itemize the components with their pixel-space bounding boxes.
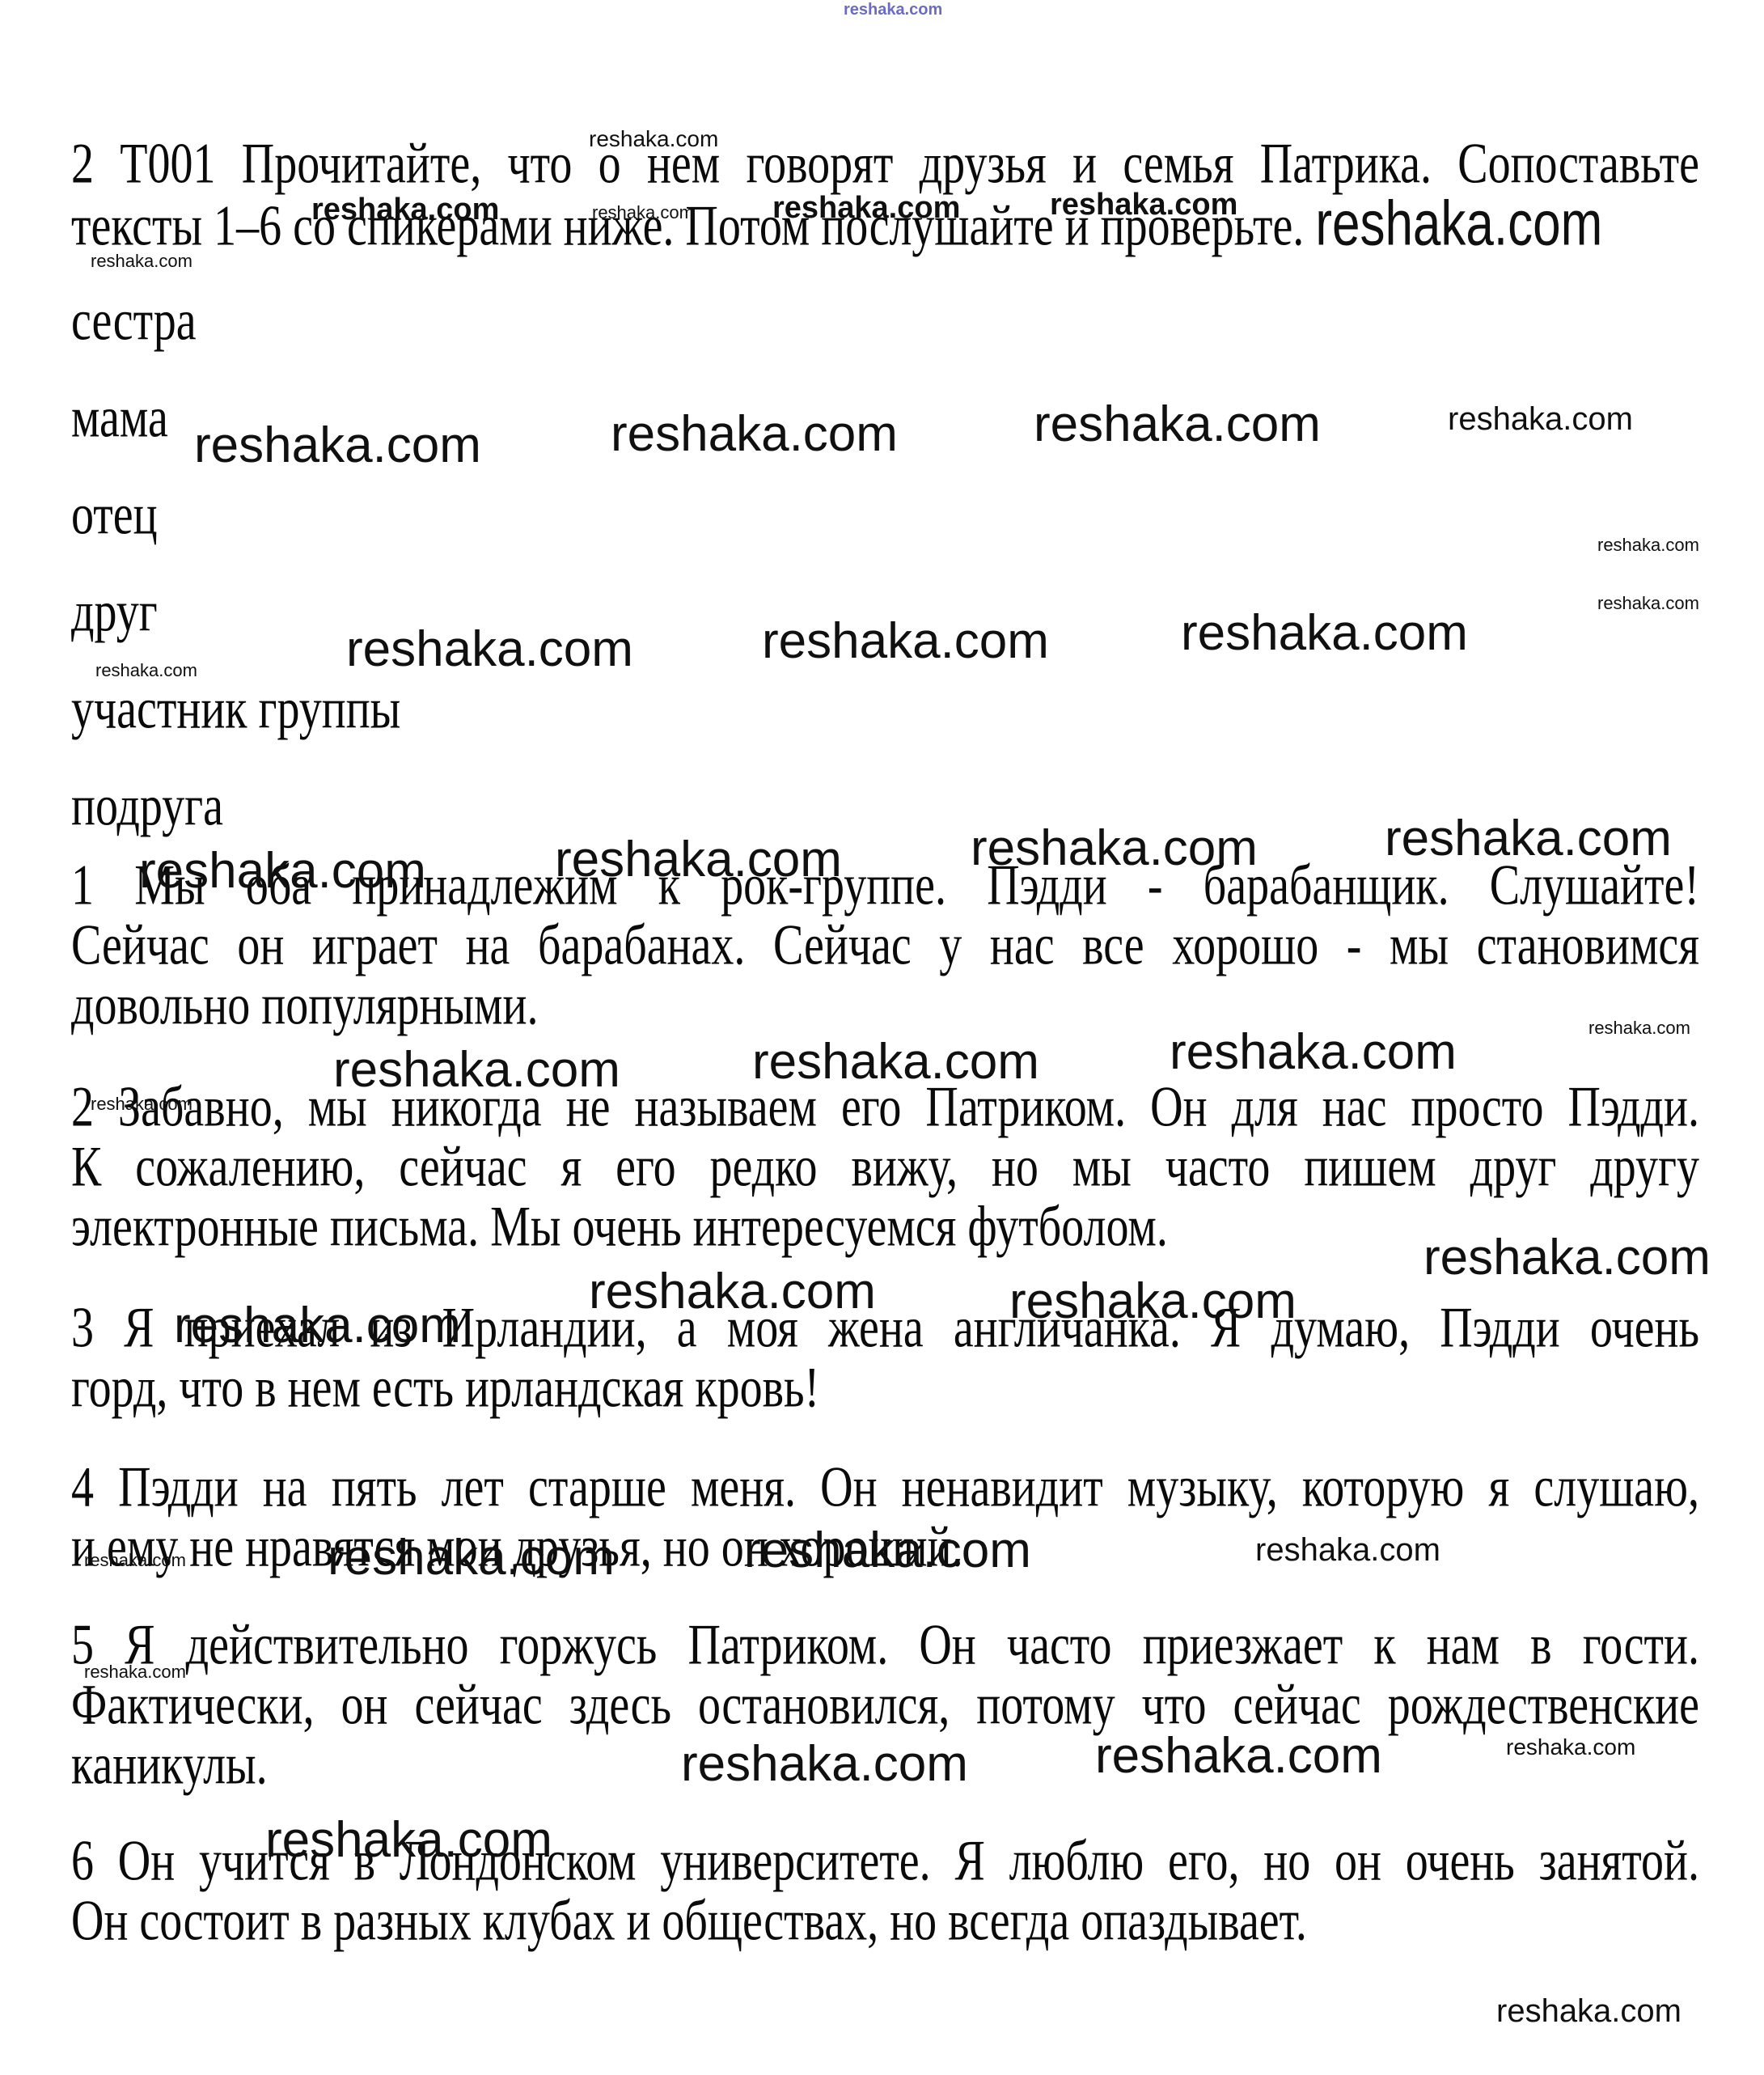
watermark: reshaka.com xyxy=(84,1552,186,1569)
watermark: reshaka.com xyxy=(1009,1277,1297,1327)
watermark: reshaka.com xyxy=(589,1267,876,1317)
speaker-option-sister: сестра xyxy=(71,283,1699,358)
watermark: reshaka.com xyxy=(1315,188,1602,259)
speaker-option-father: отец xyxy=(71,477,1699,553)
watermark: reshaka.com xyxy=(346,625,633,675)
watermark: reshaka.com xyxy=(1034,400,1321,450)
watermark: reshaka.com xyxy=(611,409,898,459)
watermark: reshaka.com xyxy=(762,616,1049,667)
watermark: reshaka.com xyxy=(1597,536,1699,554)
watermark: reshaka.com xyxy=(139,846,426,896)
watermark: reshaka.com xyxy=(1506,1736,1635,1759)
text-line: горд, что в нем есть ирландская кровь! xyxy=(71,1350,1699,1425)
watermark: reshaka.com xyxy=(772,193,960,223)
watermark: reshaka.com xyxy=(95,662,197,680)
watermark: reshaka.com xyxy=(174,1301,461,1351)
watermark: reshaka.com xyxy=(91,1095,192,1113)
watermark: reshaka.com xyxy=(84,1663,186,1681)
watermark: reshaka.com xyxy=(844,2,942,18)
watermark: reshaka.com xyxy=(592,204,694,222)
watermark: reshaka.com xyxy=(1496,1995,1682,2027)
watermark: reshaka.com xyxy=(1170,1027,1457,1078)
watermark: reshaka.com xyxy=(752,1037,1039,1087)
watermark: reshaka.com xyxy=(1181,608,1468,658)
watermark: reshaka.com xyxy=(333,1045,620,1095)
speaker-option-band-member: участник группы xyxy=(71,671,1699,747)
watermark: reshaka.com xyxy=(194,421,481,471)
text-line: Он состоит в разных клубах и обществах, … xyxy=(71,1883,1699,1959)
watermark: reshaka.com xyxy=(1385,814,1672,864)
watermark: reshaka.com xyxy=(1448,403,1633,435)
watermark: reshaka.com xyxy=(971,824,1258,874)
watermark: reshaka.com xyxy=(589,128,718,150)
document-page: reshaka.comreshaka.comreshaka.comreshaka… xyxy=(0,0,1764,2075)
speaker-options-list: сестра мама отец друг участник группы по… xyxy=(71,291,1699,836)
watermark: reshaka.com xyxy=(1050,189,1237,220)
watermark: reshaka.com xyxy=(1588,1019,1690,1037)
watermark: reshaka.com xyxy=(328,1533,615,1583)
watermark: reshaka.com xyxy=(265,1815,552,1865)
watermark: reshaka.com xyxy=(1095,1731,1382,1781)
watermark: reshaka.com xyxy=(311,194,499,225)
watermark: reshaka.com xyxy=(681,1739,968,1789)
watermark: reshaka.com xyxy=(91,252,192,270)
watermark: reshaka.com xyxy=(555,835,842,885)
watermark: reshaka.com xyxy=(1597,595,1699,612)
watermark: reshaka.com xyxy=(1255,1534,1440,1566)
watermark: reshaka.com xyxy=(744,1526,1031,1576)
watermark: reshaka.com xyxy=(1423,1233,1711,1283)
